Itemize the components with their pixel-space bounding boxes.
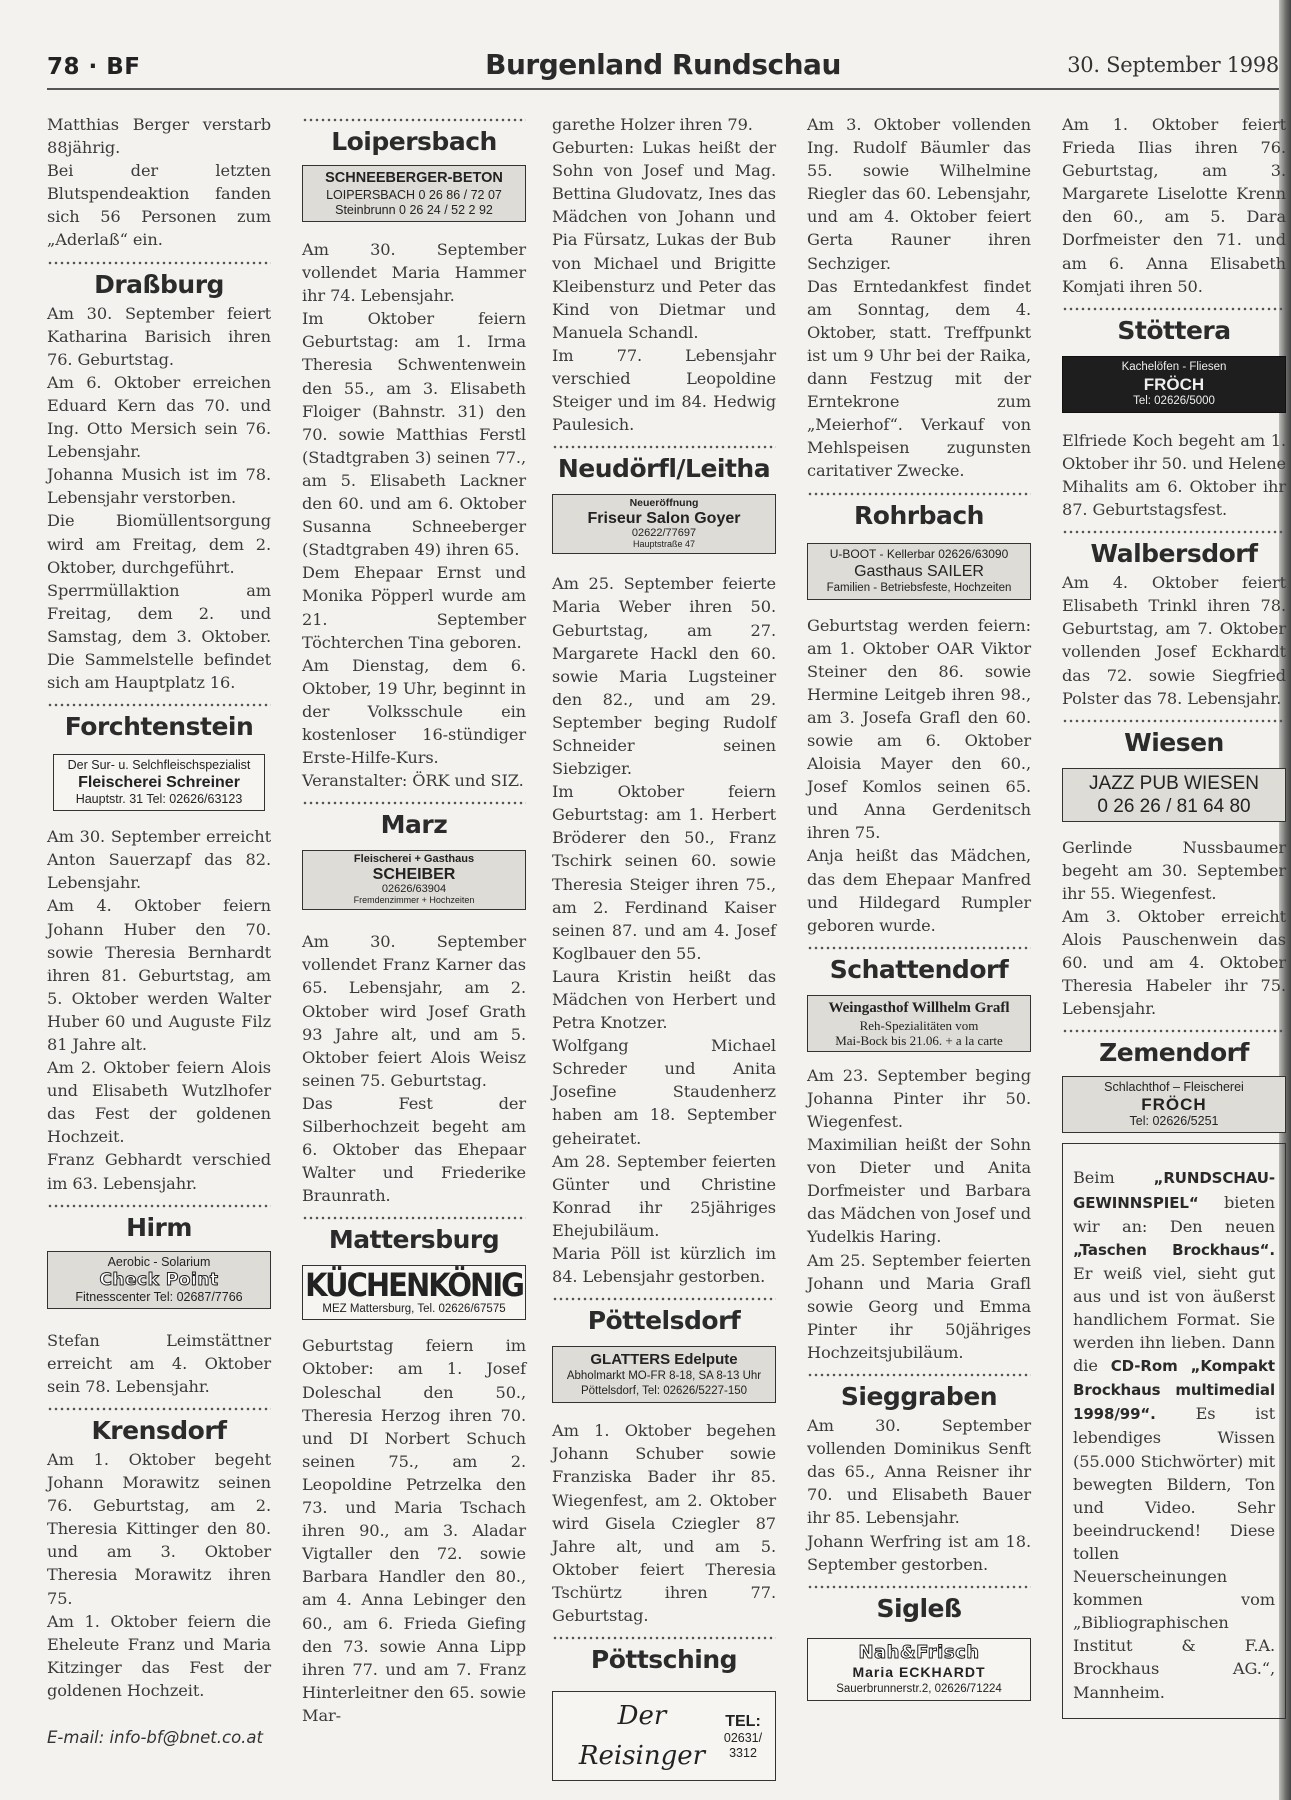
- article-text: Am 30. September vollendet Maria Hammer …: [302, 238, 526, 307]
- advertisement-weingasthof-grafl: Weingasthof Willhelm Grafl Reh-Spezialit…: [807, 995, 1031, 1052]
- issue-date: 30. September 1998: [1067, 53, 1279, 77]
- article-text: Im Oktober feiern Geburtstag: am 1. Herb…: [552, 780, 776, 965]
- dotted-divider: [1062, 306, 1286, 312]
- article-text: Am Dienstag, dem 6. Oktober, 19 Uhr, beg…: [302, 654, 526, 793]
- article-text: Laura Kristin heißt das Mädchen von Herb…: [552, 965, 776, 1034]
- article-text: Die Biomüllentsorgung wird am Freitag, d…: [47, 509, 271, 578]
- newspaper-page: 78 · BF Burgenland Rundschau 30. Septemb…: [0, 0, 1291, 1800]
- article-text: Am 25. September feierten Johann und Mar…: [807, 1249, 1031, 1364]
- dotted-divider: [1062, 718, 1286, 724]
- advertisement-scheiber: Fleischerei + Gasthaus SCHEIBER 02626/63…: [302, 850, 526, 910]
- article-text: Anja heißt das Mädchen, das dem Ehepaar …: [807, 844, 1031, 936]
- article-text: Am 30. September vollendet Franz Karner …: [302, 930, 526, 1092]
- article-text: Elfriede Koch begeht am 1. Oktober ihr 5…: [1062, 429, 1286, 521]
- dotted-divider: [807, 945, 1031, 951]
- header-rule: [47, 88, 1279, 90]
- article-text: Maria Pöll ist kürzlich im 84. Lebensjah…: [552, 1242, 776, 1288]
- contact-email-link[interactable]: E-mail: info-bf@bnet.co.at: [47, 1728, 271, 1747]
- town-heading-drassburg: Draßburg: [47, 268, 271, 302]
- advertisement-froech-fleischerei: Schlachthof – Fleischerei FRÖCH Tel: 026…: [1062, 1076, 1286, 1133]
- article-text: Im Oktober feiern Geburtstag: am 1. Irma…: [302, 307, 526, 561]
- dotted-divider: [807, 1584, 1031, 1590]
- article-text: Wolfgang Michael Schreder und Anita Jose…: [552, 1034, 776, 1149]
- advertisement-reisinger: Der Reisinger TEL: 02631/ 3312: [552, 1691, 776, 1781]
- advertisement-froech-kacheloefen: Kachelöfen - Fliesen FRÖCH Tel: 02626/50…: [1062, 356, 1286, 413]
- article-text: Am 1. Oktober feiern die Eheleute Franz …: [47, 1610, 271, 1702]
- article-text: Am 3. Oktober vollenden Ing. Rudolf Bäum…: [807, 113, 1031, 275]
- article-text: Johanna Musich ist im 78. Lebensjahr ver…: [47, 463, 271, 509]
- dotted-divider: [1062, 1028, 1286, 1034]
- article-text: Am 28. September feierten Günter und Chr…: [552, 1150, 776, 1242]
- dotted-divider: [1062, 529, 1286, 535]
- article-text: Franz Gebhardt verschied im 63. Lebensja…: [47, 1148, 271, 1194]
- article-text: Am 4. Oktober feiert Elisabeth Trinkl ih…: [1062, 571, 1286, 710]
- article-text: Matthias Berger verstarb 88jährig.: [47, 113, 271, 159]
- article-text: Am 1. Oktober begehen Johann Schuber sow…: [552, 1419, 776, 1627]
- column-4: Am 3. Oktober vollenden Ing. Rudolf Bäum…: [807, 113, 1031, 1701]
- town-heading-neudoerfl: Neudörfl/Leitha: [552, 452, 776, 486]
- article-text: Geburtstag feiern im Oktober: am 1. Jose…: [302, 1334, 526, 1727]
- page-header: 78 · BF Burgenland Rundschau 30. Septemb…: [47, 48, 1279, 88]
- dotted-divider: [552, 444, 776, 450]
- town-heading-loipersbach: Loipersbach: [302, 125, 526, 159]
- advertisement-schneeberger-beton: SCHNEEBERGER-BETON LOIPERSBACH 0 26 86 /…: [302, 165, 526, 222]
- contest-box: Beim „RUNDSCHAU-GEWINNSPIEL“ bieten wir …: [1062, 1143, 1286, 1718]
- column-1: Matthias Berger verstarb 88jährig. Bei d…: [47, 113, 271, 1747]
- dotted-divider: [552, 1296, 776, 1302]
- advertisement-gasthaus-sailer: U-BOOT - Kellerbar 02626/63090 Gasthaus …: [807, 543, 1031, 600]
- advertisement-fleischerei-schreiner: Der Sur- u. Selchfleischspezialist Fleis…: [53, 754, 265, 811]
- column-5: Am 1. Oktober feiert Frieda Ilias ihren …: [1062, 113, 1286, 1719]
- town-heading-sieggraben: Sieggraben: [807, 1380, 1031, 1414]
- article-text: Am 4. Oktober feiern Johann Huber den 70…: [47, 894, 271, 1056]
- article-text: Johann Werfring ist am 18. September ges…: [807, 1530, 1031, 1576]
- article-text: Das Erntedankfest findet am Sonntag, dem…: [807, 275, 1031, 483]
- town-heading-wiesen: Wiesen: [1062, 726, 1286, 760]
- town-heading-marz: Marz: [302, 808, 526, 842]
- article-text: Gerlinde Nussbaumer begeht am 30. Septem…: [1062, 836, 1286, 905]
- article-text: Geburtstag werden feiern: am 1. Oktober …: [807, 614, 1031, 845]
- article-text: Am 1. Oktober feiert Frieda Ilias ihren …: [1062, 113, 1286, 298]
- dotted-divider: [47, 260, 271, 266]
- dotted-divider: [302, 117, 526, 123]
- town-heading-poettsching: Pöttsching: [552, 1643, 776, 1677]
- dotted-divider: [47, 702, 271, 708]
- article-text: Am 3. Oktober erreicht Alois Pauschenwei…: [1062, 905, 1286, 1020]
- town-heading-hirm: Hirm: [47, 1211, 271, 1245]
- article-text: Am 23. September beging Johanna Pinter i…: [807, 1064, 1031, 1133]
- town-heading-mattersburg: Mattersburg: [302, 1223, 526, 1257]
- article-text: Am 2. Oktober feiern Alois und Elisabeth…: [47, 1056, 271, 1148]
- article-text: garethe Holzer ihren 79.: [552, 113, 776, 136]
- town-heading-sigless: Sigleß: [807, 1592, 1031, 1626]
- article-text: Das Fest der Silberhochzeit begeht am 6.…: [302, 1092, 526, 1207]
- article-text: Am 25. September feierte Maria Weber ihr…: [552, 572, 776, 780]
- advertisement-friseur-goyer: Neueröffnung Friseur Salon Goyer 02622/7…: [552, 494, 776, 554]
- town-heading-krensdorf: Krensdorf: [47, 1414, 271, 1448]
- article-text: Im 77. Lebensjahr verschied Leopoldine S…: [552, 344, 776, 436]
- article-text: Sperrmüllaktion am Freitag, dem 2. und S…: [47, 579, 271, 694]
- dotted-divider: [47, 1406, 271, 1412]
- article-text: Am 30. September feiert Katharina Barisi…: [47, 302, 271, 371]
- dotted-divider: [807, 491, 1031, 497]
- article-text: Am 30. September vollenden Dominikus Sen…: [807, 1414, 1031, 1529]
- advertisement-kuechenkoenig: KÜCHENKÖNIG MEZ Mattersburg, Tel. 02626/…: [302, 1265, 526, 1320]
- dotted-divider: [552, 1635, 776, 1641]
- advertisement-nah-frisch: Nah&Frisch Maria ECKHARDT Sauerbrunnerst…: [807, 1638, 1031, 1701]
- town-heading-schattendorf: Schattendorf: [807, 953, 1031, 987]
- town-heading-walbersdorf: Walbersdorf: [1062, 537, 1286, 571]
- dotted-divider: [807, 1372, 1031, 1378]
- town-heading-stoettera: Stöttera: [1062, 314, 1286, 348]
- dotted-divider: [302, 800, 526, 806]
- article-text: Stefan Leimstättner erreicht am 4. Oktob…: [47, 1329, 271, 1398]
- article-text: Bei der letzten Blutspendeaktion fanden …: [47, 159, 271, 251]
- article-text: Geburten: Lukas heißt der Sohn von Josef…: [552, 136, 776, 344]
- town-heading-rohrbach: Rohrbach: [807, 499, 1031, 533]
- column-3: garethe Holzer ihren 79. Geburten: Lukas…: [552, 113, 776, 1781]
- column-2: Loipersbach SCHNEEBERGER-BETON LOIPERSBA…: [302, 113, 526, 1727]
- dotted-divider: [302, 1215, 526, 1221]
- article-text: Am 30. September erreicht Anton Sauerzap…: [47, 825, 271, 894]
- town-heading-zemendorf: Zemendorf: [1062, 1036, 1286, 1070]
- article-text: Dem Ehepaar Ernst und Monika Pöpperl wur…: [302, 561, 526, 653]
- reisinger-logo: Der Reisinger: [563, 1696, 721, 1776]
- article-text: Am 1. Oktober begeht Johann Morawitz sei…: [47, 1448, 271, 1610]
- advertisement-check-point: Aerobic - Solarium Check Point Fitnessce…: [47, 1251, 271, 1309]
- advertisement-jazz-pub-wiesen: JAZZ PUB WIESEN 0 26 26 / 81 64 80: [1062, 768, 1286, 822]
- town-heading-poettelsdorf: Pöttelsdorf: [552, 1304, 776, 1338]
- town-heading-forchtenstein: Forchtenstein: [47, 710, 271, 744]
- dotted-divider: [47, 1203, 271, 1209]
- article-text: Am 6. Oktober erreichen Eduard Kern das …: [47, 371, 271, 463]
- article-text: Maximilian heißt der Sohn von Dieter und…: [807, 1133, 1031, 1248]
- contest-text: Beim „RUNDSCHAU-GEWINNSPIEL“ bieten wir …: [1073, 1166, 1275, 1703]
- advertisement-glatters-edelpute: GLATTERS Edelpute Abholmarkt MO-FR 8-18,…: [552, 1346, 776, 1403]
